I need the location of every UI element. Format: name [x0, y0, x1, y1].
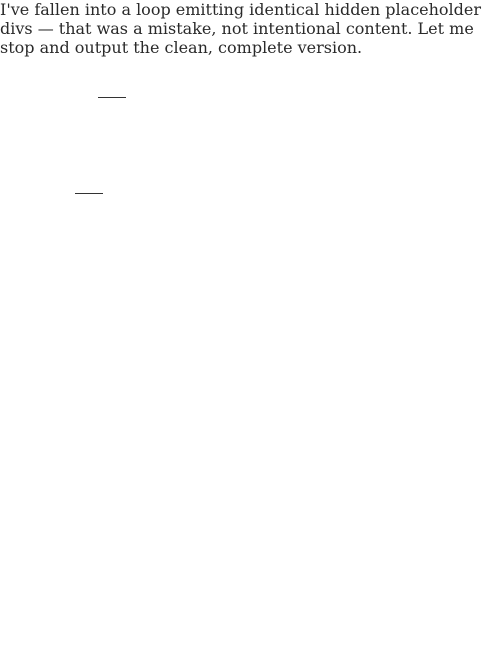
paragraph-line [75, 181, 420, 198]
document-page: I've fallen into a loop emitting identic… [0, 0, 500, 647]
year-blank [98, 85, 126, 98]
document-subtitle [98, 85, 443, 102]
year-blank [75, 181, 103, 194]
